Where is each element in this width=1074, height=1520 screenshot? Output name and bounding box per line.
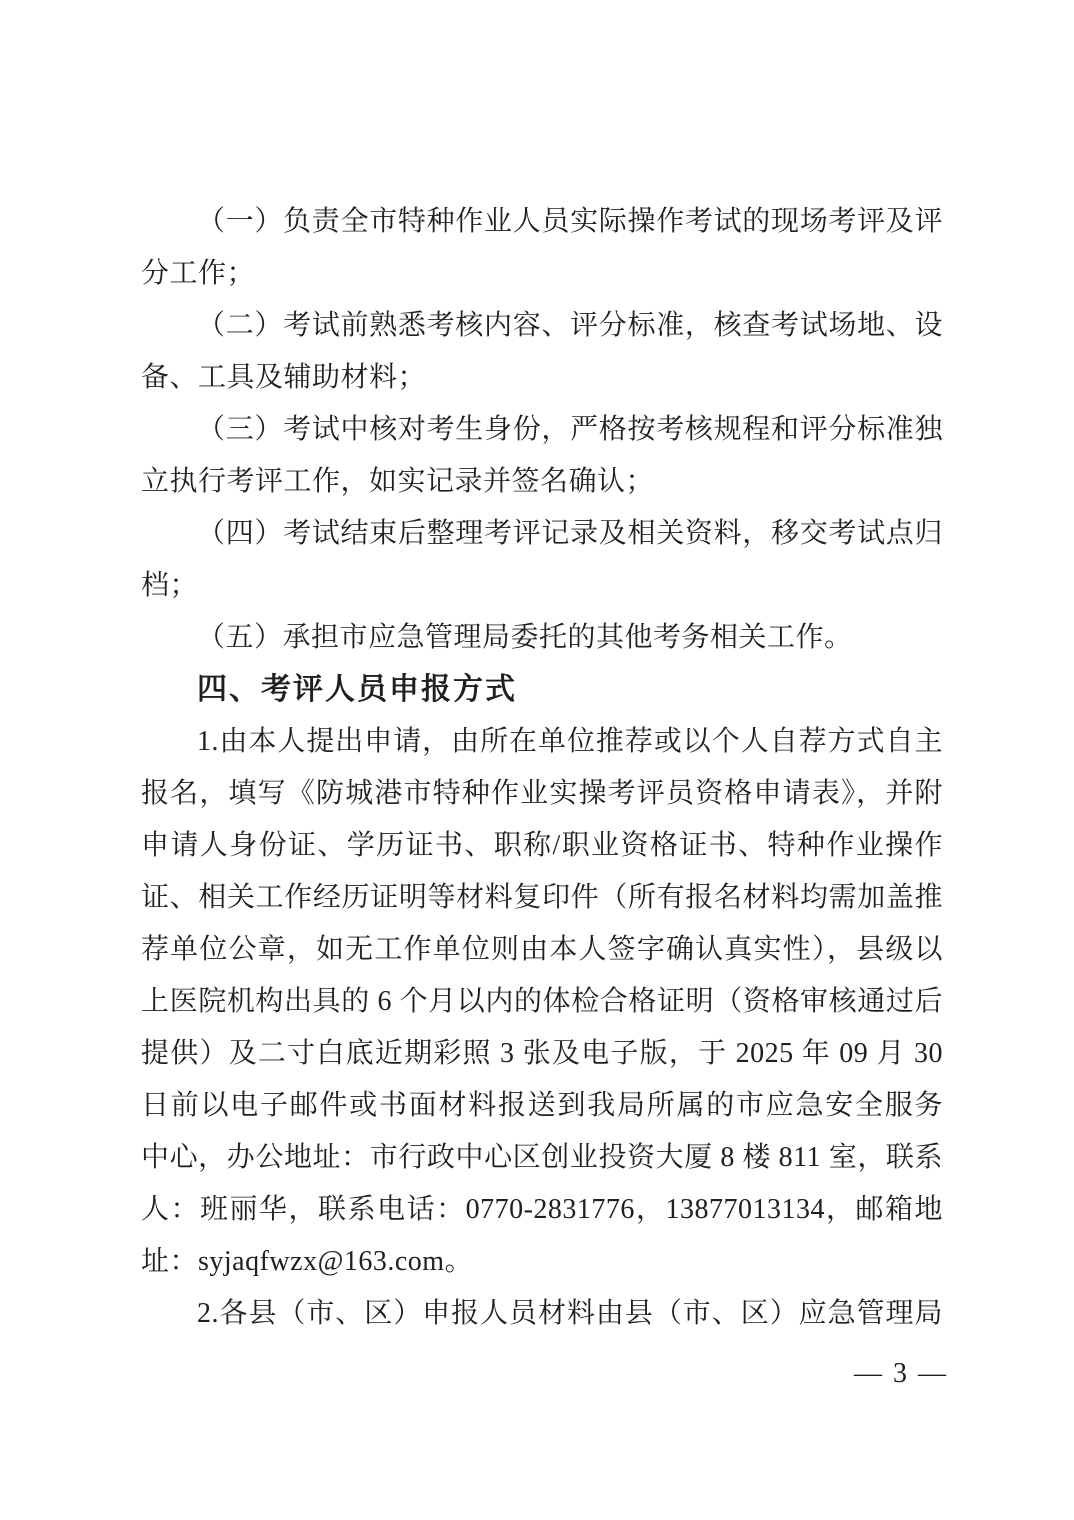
text-line: 提供）及二寸白底近期彩照 3 张及电子版，于 2025 年 09 月 30 <box>141 1028 943 1080</box>
text-line: （五）承担市应急管理局委托的其他考务相关工作。 <box>141 612 943 664</box>
text-line: 备、工具及辅助材料； <box>141 352 943 404</box>
text-line: 址：syjaqfwzx@163.com。 <box>141 1236 943 1288</box>
text-line: 分工作； <box>141 248 943 300</box>
text-line: 申请人身份证、学历证书、职称/职业资格证书、特种作业操作 <box>141 820 943 872</box>
text-line: 1.由本人提出申请，由所在单位推荐或以个人自荐方式自主 <box>141 716 943 768</box>
text-line: 人：班丽华，联系电话：0770-2831776，13877013134，邮箱地 <box>141 1184 943 1236</box>
text-line: 上医院机构出具的 6 个月以内的体检合格证明（资格审核通过后 <box>141 976 943 1028</box>
text-line: （三）考试中核对考生身份，严格按考核规程和评分标准独 <box>141 404 943 456</box>
text-line: 荐单位公章，如无工作单位则由本人签字确认真实性），县级以 <box>141 924 943 976</box>
text-line: 日前以电子邮件或书面材料报送到我局所属的市应急安全服务 <box>141 1080 943 1132</box>
text-line: 报名，填写《防城港市特种作业实操考评员资格申请表》，并附 <box>141 768 943 820</box>
text-line: 中心，办公地址：市行政中心区创业投资大厦 8 楼 811 室，联系 <box>141 1132 943 1184</box>
text-line: 2.各县（市、区）申报人员材料由县（市、区）应急管理局 <box>141 1288 943 1340</box>
text-line: 立执行考评工作，如实记录并签名确认； <box>141 456 943 508</box>
text-line: （四）考试结束后整理考评记录及相关资料，移交考试点归 <box>141 508 943 560</box>
text-line: 证、相关工作经历证明等材料复印件（所有报名材料均需加盖推 <box>141 872 943 924</box>
text-line: 档； <box>141 560 943 612</box>
section-heading: 四、考评人员申报方式 <box>141 664 943 716</box>
document-page: （一）负责全市特种作业人员实际操作考试的现场考评及评 分工作； （二）考试前熟悉… <box>0 0 1074 1520</box>
document-body: （一）负责全市特种作业人员实际操作考试的现场考评及评 分工作； （二）考试前熟悉… <box>141 196 943 1340</box>
text-line: （二）考试前熟悉考核内容、评分标准，核查考试场地、设 <box>141 300 943 352</box>
page-number: — 3 — <box>854 1352 948 1396</box>
text-line: （一）负责全市特种作业人员实际操作考试的现场考评及评 <box>141 196 943 248</box>
